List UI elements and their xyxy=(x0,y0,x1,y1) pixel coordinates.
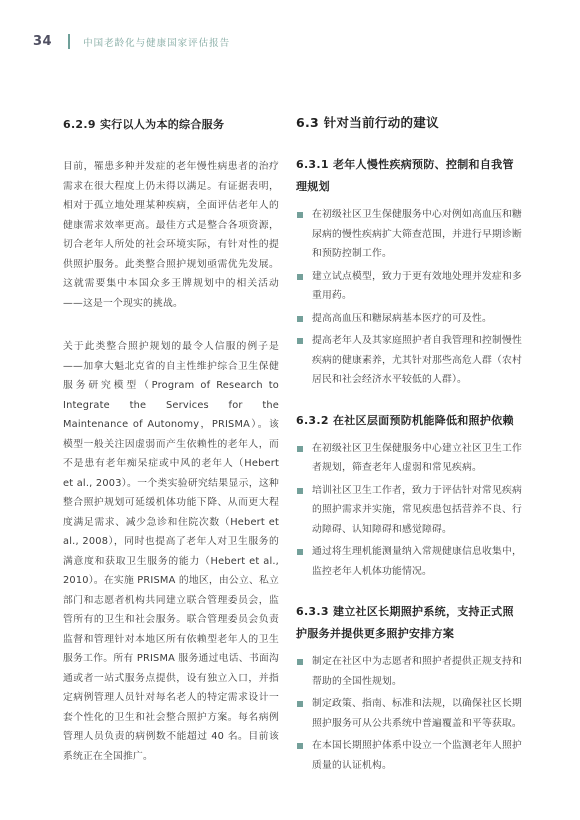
list-item: 建立试点模型，致力于更有效地处理并发症和多重用药。 xyxy=(296,267,522,306)
list-item: 通过将生理机能测量纳入常规健康信息收集中，监控老年人机体功能情况。 xyxy=(296,542,522,581)
square-bullet-icon xyxy=(297,659,303,665)
report-page: 34 中国老龄化与健康国家评估报告 6.2.9 实行以人为本的综合服务 目前，罹… xyxy=(0,0,580,820)
list-item: 制定政策、指南、标准和法规，以确保社区长期照护服务可从公共系统中普遍覆盖和平等获… xyxy=(296,694,522,733)
square-bullet-icon xyxy=(297,701,303,707)
square-bullet-icon xyxy=(297,316,303,322)
list-item: 提高高血压和糖尿病基本医疗的可及性。 xyxy=(296,309,522,329)
bullet-list-6-3-3: 制定在社区中为志愿者和照护者提供正规支持和帮助的全国性规划。 制定政策、指南、标… xyxy=(296,652,522,775)
bullet-text: 在本国长期照护体系中设立一个监测老年人照护质量的认证机构。 xyxy=(312,736,522,775)
bullet-list-6-3-2: 在初级社区卫生保健服务中心建立社区卫生工作者规划，筛查老年人虚弱和常见疾病。 培… xyxy=(296,439,522,582)
right-column: 6.3 针对当前行动的建议 6.3.1 老年人慢性疾病预防、控制和自我管理规划 … xyxy=(296,108,522,795)
list-item: 在初级社区卫生保健服务中心对例如高血压和糖尿病的慢性疾病扩大筛查范围，并进行早期… xyxy=(296,205,522,264)
square-bullet-icon xyxy=(297,488,303,494)
bullet-list-6-3-1: 在初级社区卫生保健服务中心对例如高血压和糖尿病的慢性疾病扩大筛查范围，并进行早期… xyxy=(296,205,522,390)
list-item: 在本国长期照护体系中设立一个监测老年人照护质量的认证机构。 xyxy=(296,736,522,775)
square-bullet-icon xyxy=(297,212,303,218)
square-bullet-icon xyxy=(297,549,303,555)
paragraph: 关于此类整合照护规划的最令人信服的例子是——加拿大魁北克省的自主性维护综合卫生保… xyxy=(63,337,279,766)
page-number: 34 xyxy=(33,34,52,49)
bullet-text: 建立试点模型，致力于更有效地处理并发症和多重用药。 xyxy=(312,267,522,306)
section-heading-6-2-9: 6.2.9 实行以人为本的综合服务 xyxy=(63,114,279,135)
square-bullet-icon xyxy=(297,446,303,452)
square-bullet-icon xyxy=(297,274,303,280)
bullet-text: 在初级社区卫生保健服务中心对例如高血压和糖尿病的慢性疾病扩大筛查范围，并进行早期… xyxy=(312,205,522,264)
square-bullet-icon xyxy=(297,743,303,749)
bullet-text: 提高老年人及其家庭照护者自我管理和控制慢性疾病的健康素养，尤其针对那些高危人群（… xyxy=(312,331,522,390)
bullet-text: 制定在社区中为志愿者和照护者提供正规支持和帮助的全国性规划。 xyxy=(312,652,522,691)
page-header: 34 中国老龄化与健康国家评估报告 xyxy=(33,34,230,49)
paragraph: 目前，罹患多种并发症的老年慢性病患者的治疗需求在很大程度上仍未得以满足。有证据表… xyxy=(63,157,279,313)
square-bullet-icon xyxy=(297,338,303,344)
section-heading-6-3-3: 6.3.3 建立社区长期照护系统，支持正式照护服务并提供更多照护安排方案 xyxy=(296,601,522,645)
bullet-text: 制定政策、指南、标准和法规，以确保社区长期照护服务可从公共系统中普遍覆盖和平等获… xyxy=(312,694,522,733)
bullet-text: 培训社区卫生工作者，致力于评估针对常见疾病的照护需求并实施，常见疾患包括营养不良… xyxy=(312,481,522,540)
bullet-text: 通过将生理机能测量纳入常规健康信息收集中，监控老年人机体功能情况。 xyxy=(312,542,522,581)
list-item: 提高老年人及其家庭照护者自我管理和控制慢性疾病的健康素养，尤其针对那些高危人群（… xyxy=(296,331,522,390)
list-item: 培训社区卫生工作者，致力于评估针对常见疾病的照护需求并实施，常见疾患包括营养不良… xyxy=(296,481,522,540)
report-title: 中国老龄化与健康国家评估报告 xyxy=(83,35,230,49)
section-heading-6-3: 6.3 针对当前行动的建议 xyxy=(296,112,522,134)
bullet-text: 提高高血压和糖尿病基本医疗的可及性。 xyxy=(312,309,522,329)
section-heading-6-3-2: 6.3.2 在社区层面预防机能降低和照护依赖 xyxy=(296,410,522,432)
bullet-text: 在初级社区卫生保健服务中心建立社区卫生工作者规划，筛查老年人虚弱和常见疾病。 xyxy=(312,439,522,478)
left-column: 6.2.9 实行以人为本的综合服务 目前，罹患多种并发症的老年慢性病患者的治疗需… xyxy=(63,108,279,790)
header-divider-bar xyxy=(68,34,70,49)
list-item: 在初级社区卫生保健服务中心建立社区卫生工作者规划，筛查老年人虚弱和常见疾病。 xyxy=(296,439,522,478)
section-heading-6-3-1: 6.3.1 老年人慢性疾病预防、控制和自我管理规划 xyxy=(296,154,522,198)
list-item: 制定在社区中为志愿者和照护者提供正规支持和帮助的全国性规划。 xyxy=(296,652,522,691)
